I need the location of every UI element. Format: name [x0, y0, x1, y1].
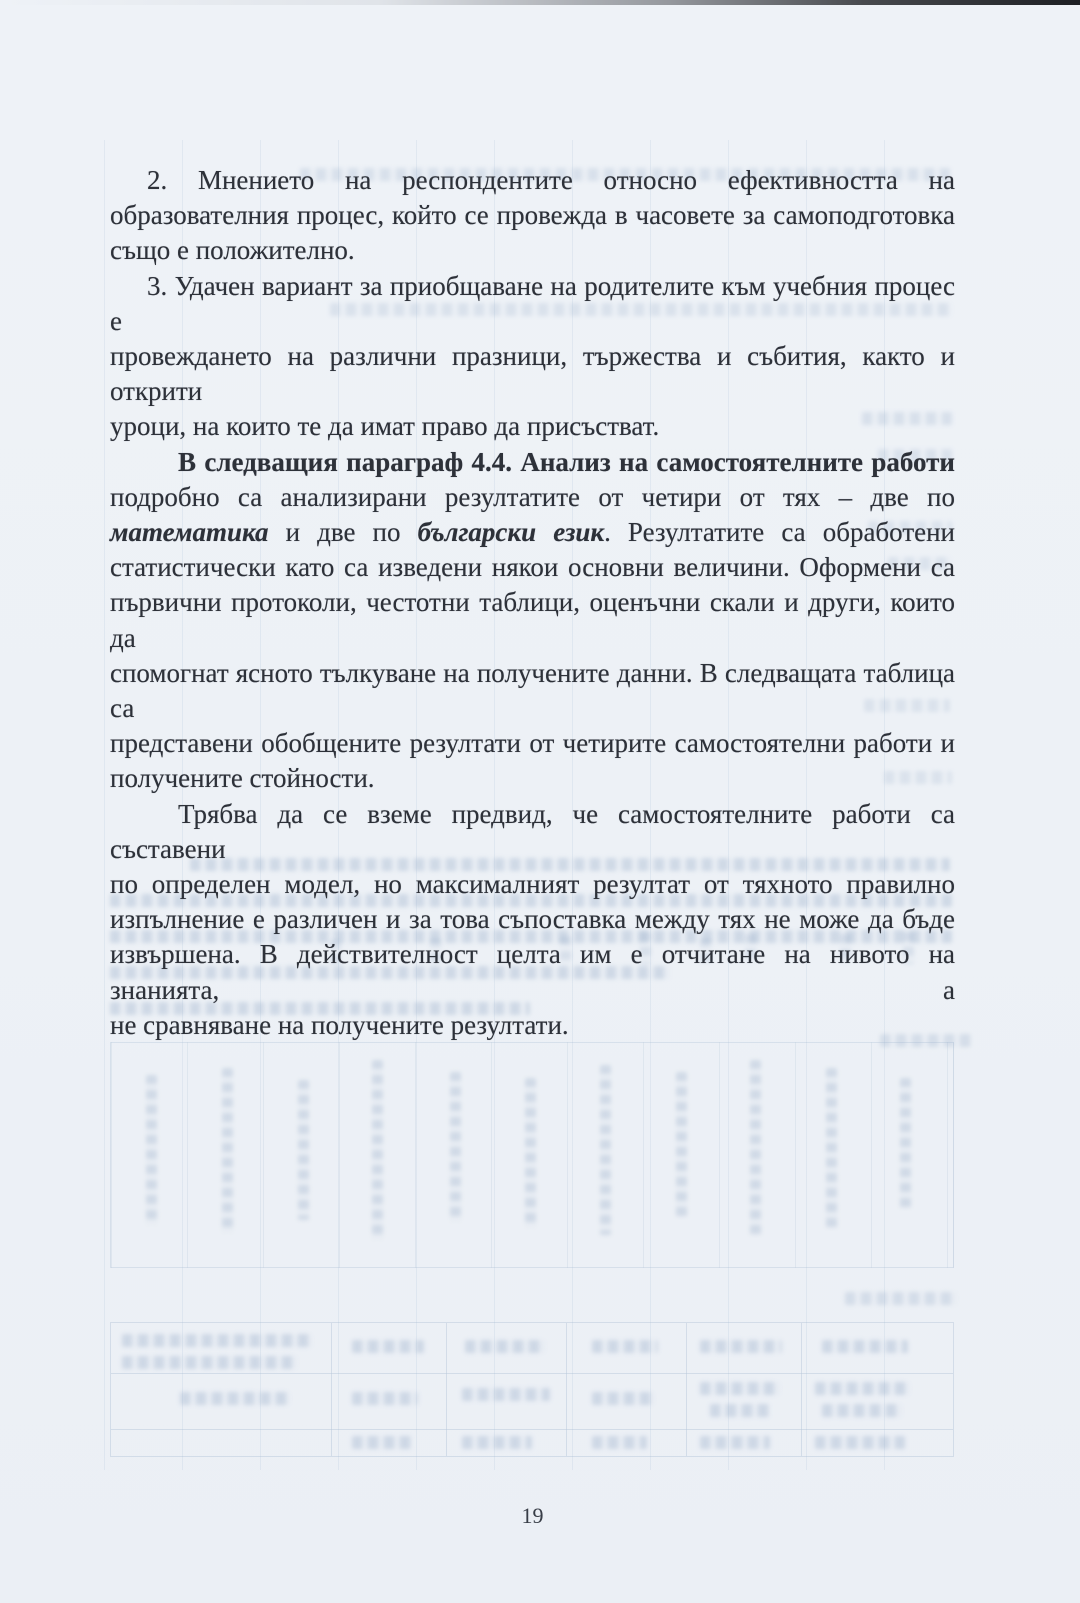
bleed-through-vertical-text	[298, 1080, 309, 1220]
scanned-page: 2. Мнението на респондентите относно ефе…	[0, 0, 1080, 1603]
bleed-through-rule	[801, 1323, 802, 1456]
bleed-through-cell-text	[352, 1436, 412, 1449]
bleed-through-rule	[446, 1323, 447, 1456]
bleed-through-vertical-text	[372, 1060, 383, 1240]
bleed-through-rule	[111, 1373, 953, 1374]
bleed-through-vertical-text	[146, 1075, 157, 1225]
bleed-through-vertical-text	[450, 1072, 461, 1222]
text-line: не сравняване на получените резултати.	[110, 1008, 955, 1043]
text-line: Трябва да се вземе предвид, че самостоят…	[110, 797, 955, 867]
bleed-through-vertical-text	[222, 1068, 233, 1233]
bleed-through-cell-text	[700, 1340, 782, 1353]
text-line: 3. Удачен вариант за приобщаване на роди…	[110, 269, 955, 339]
text-line: 2. Мнението на респондентите относно ефе…	[110, 163, 955, 198]
term-bulgarian-language: български език	[418, 517, 605, 547]
bleed-through-vertical-text	[525, 1078, 536, 1228]
text-line: образователния процес, който се провежда…	[110, 198, 955, 233]
text-line-heading: В следващия параграф 4.4. Анализ на само…	[110, 445, 955, 480]
text-line: спомогнат ясното тълкуване на получените…	[110, 656, 955, 726]
bleed-through-cell-text	[465, 1340, 545, 1353]
scan-edge-shadow	[0, 0, 1080, 5]
text-line: получените стойности.	[110, 761, 955, 796]
bleed-through-cell-text	[122, 1356, 297, 1369]
bleed-through-cell-text	[815, 1382, 910, 1395]
bleed-through-cell-text	[352, 1392, 418, 1405]
bleed-through-cell-text	[462, 1388, 550, 1401]
text-line: провеждането на различни празници, търже…	[110, 339, 955, 409]
bleed-through-cell-text	[122, 1334, 312, 1347]
text-line: изпълнение е различен и за това съпостав…	[110, 902, 955, 937]
bleed-through-caption	[845, 1292, 957, 1305]
term-mathematics: математика	[110, 517, 268, 547]
bleed-through-cell-text	[592, 1436, 647, 1449]
bleed-through-cell-text	[462, 1436, 532, 1449]
bleed-through-cell-text	[700, 1436, 770, 1449]
bleed-through-vertical-text	[900, 1078, 911, 1208]
bleed-through-cell-text	[710, 1404, 770, 1417]
bleed-through-rule	[566, 1323, 567, 1456]
text-line: статистически като са изведени някои осн…	[110, 550, 955, 585]
paragraph-1: 2. Мнението на респондентите относно ефе…	[110, 163, 955, 269]
bleed-through-vertical-text	[750, 1060, 761, 1235]
body-text: 2. Мнението на респондентите относно ефе…	[110, 163, 955, 1043]
text-line: представени обобщените резултати от чети…	[110, 726, 955, 761]
bleed-through-vertical-text	[600, 1065, 611, 1235]
bleed-through-cell-text	[822, 1404, 902, 1417]
text-line: подробно са анализирани резултатите от ч…	[110, 480, 955, 515]
text-segment: и две по	[268, 517, 417, 547]
bleed-through-cell-text	[592, 1392, 654, 1405]
bleed-through-vertical-text	[826, 1068, 837, 1228]
paragraph-4: Трябва да се вземе предвид, че самостоят…	[110, 797, 955, 1043]
bleed-through-cell-text	[592, 1340, 658, 1353]
bleed-through-cell-text	[822, 1340, 908, 1353]
bleed-through-cell-text	[700, 1382, 780, 1395]
paragraph-3: В следващия параграф 4.4. Анализ на само…	[110, 445, 955, 797]
bleed-through-cell-text	[180, 1392, 290, 1405]
bleed-through-cell-text	[815, 1436, 905, 1449]
bleed-through-cell-text	[352, 1340, 424, 1353]
text-line: по определен модел, но максималният резу…	[110, 867, 955, 902]
paragraph-2: 3. Удачен вариант за приобщаване на роди…	[110, 269, 955, 445]
bleed-through-vertical-text	[676, 1072, 687, 1217]
text-line: първични протоколи, честотни таблици, оц…	[110, 585, 955, 655]
bleed-through-rule	[331, 1323, 332, 1456]
text-line: уроци, на които те да имат право да прис…	[110, 409, 955, 444]
bleed-through-rule	[111, 1429, 953, 1430]
text-line: математика и две по български език. Резу…	[110, 515, 955, 550]
bleed-through-rule	[686, 1323, 687, 1456]
page-number: 19	[110, 1503, 955, 1529]
text-line: извършена. В действителност целта им е о…	[110, 937, 955, 1007]
text-segment: . Резултатите са обработени	[604, 517, 955, 547]
text-line: също е положително.	[110, 233, 955, 268]
